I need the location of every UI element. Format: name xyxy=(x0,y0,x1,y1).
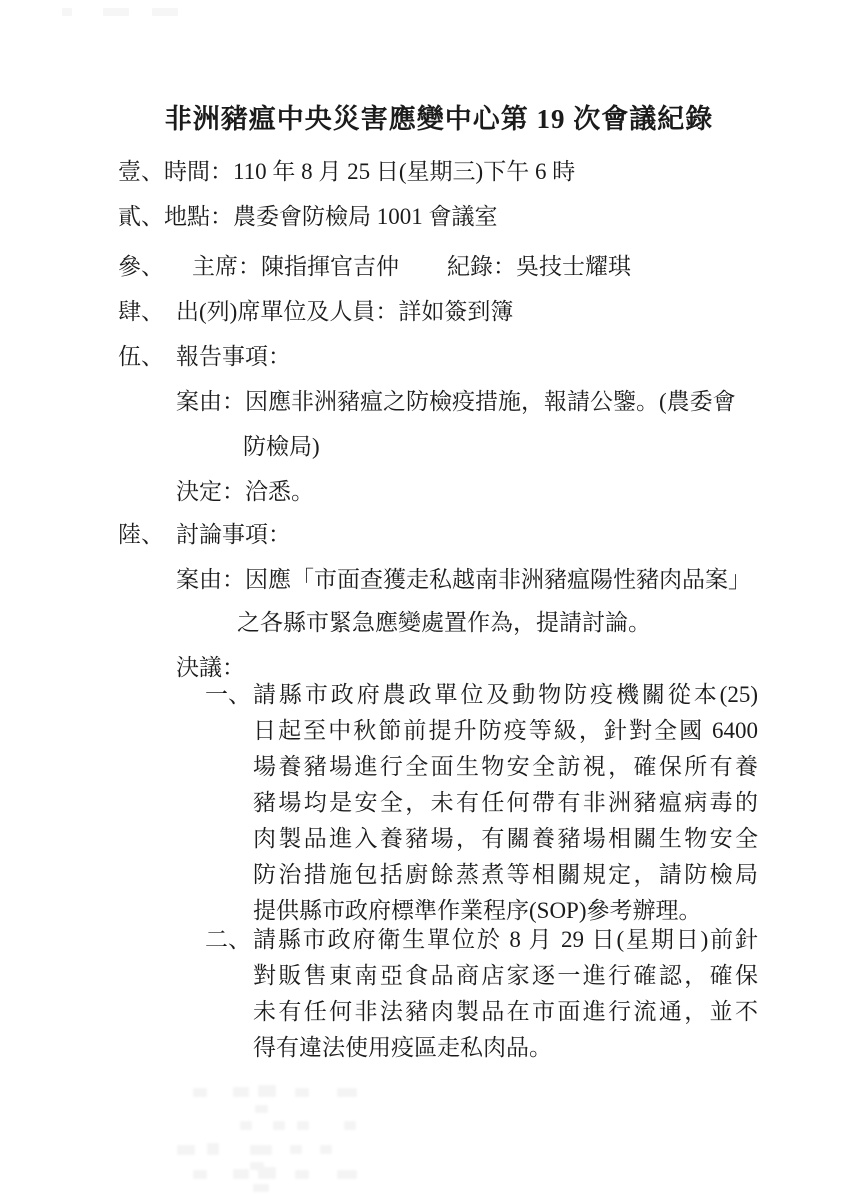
enumerator: 陸、 xyxy=(118,523,164,547)
item-line: 防治措施包括廚餘蒸煮等相關規定，請防檢局 xyxy=(253,857,758,893)
bleed-through-artifact xyxy=(295,1170,309,1179)
bleed-through-artifact xyxy=(250,1145,272,1155)
bleed-through-artifact xyxy=(233,1087,249,1097)
item-line: 對販售東南亞食品商店家逐一進行確認，確保 xyxy=(253,958,758,994)
discussion-case-line2: 之各縣市緊急應變處置作為，提請討論。 xyxy=(237,611,760,635)
bleed-through-artifact xyxy=(320,1145,332,1154)
bleed-through-artifact xyxy=(233,1169,249,1179)
meta-line-time: 壹、 時間：110 年 8 月 25 日(星期三)下午 6 時 xyxy=(118,160,760,184)
meta-place-text: 地點：農委會防檢局 1001 會議室 xyxy=(164,205,498,229)
item-line: 場養豬場進行全面生物安全訪視，確保所有養 xyxy=(253,749,758,785)
resolution-item-1: 一、 請縣市政府農政單位及動物防疫機關從本(25) 日起至中秋節前提升防疫等級，… xyxy=(205,677,760,929)
report-decision: 決定：洽悉。 xyxy=(176,480,760,504)
section-discussion-heading: 陸、 討論事項： xyxy=(118,523,760,547)
report-heading-text: 報告事項： xyxy=(176,345,291,369)
item-line: 日起至中秋節前提升防疫等級，針對全國 6400 xyxy=(253,713,758,749)
meta-line-place: 貳、 地點：農委會防檢局 1001 會議室 xyxy=(118,205,760,229)
item-line: 請縣市政府農政單位及動物防疫機關從本(25) xyxy=(253,677,758,713)
resolution-item-2: 二、 請縣市政府衛生單位於 8 月 29 日(星期日)前針 對販售東南亞食品商店… xyxy=(205,922,760,1066)
document-body: 非洲豬瘟中央災害應變中心第 19 次會議紀錄 壹、 時間：110 年 8 月 2… xyxy=(118,0,760,1066)
section-report-heading: 伍、 報告事項： xyxy=(118,345,760,369)
report-case-line2: 防檢局) xyxy=(243,435,760,459)
item-enumerator: 一、 xyxy=(205,677,253,929)
item-body: 請縣市政府衛生單位於 8 月 29 日(星期日)前針 對販售東南亞食品商店家逐一… xyxy=(253,922,758,1066)
bleed-through-artifact xyxy=(193,1170,207,1179)
bleed-through-artifact xyxy=(290,1145,302,1154)
enumerator: 壹、 xyxy=(118,160,164,184)
item-line: 請縣市政府衛生單位於 8 月 29 日(星期日)前針 xyxy=(253,922,758,958)
bleed-through-artifact xyxy=(240,1121,252,1130)
bleed-through-artifact xyxy=(337,1088,357,1097)
meta-time-text: 時間：110 年 8 月 25 日(星期三)下午 6 時 xyxy=(164,160,575,184)
item-body: 請縣市政府農政單位及動物防疫機關從本(25) 日起至中秋節前提升防疫等級，針對全… xyxy=(253,677,758,929)
bleed-through-artifact xyxy=(344,1121,356,1130)
bleed-through-artifact xyxy=(337,1170,357,1179)
bleed-through-artifact xyxy=(273,1121,285,1130)
item-line: 得有違法使用疫區走私肉品。 xyxy=(253,1030,758,1066)
item-line: 未有任何非法豬肉製品在市面進行流通，並不 xyxy=(253,994,758,1030)
scan-artifact xyxy=(62,8,72,16)
document-title: 非洲豬瘟中央災害應變中心第 19 次會議紀錄 xyxy=(118,103,760,135)
discussion-case-line1: 案由：因應「市面查獲走私越南非洲豬瘟陽性豬肉品案」 xyxy=(176,568,760,592)
meta-line-attendees: 肆、 出(列)席單位及人員：詳如簽到簿 xyxy=(118,300,760,324)
item-line: 豬場均是安全，未有任何帶有非洲豬瘟病毒的 xyxy=(253,785,758,821)
enumerator: 貳、 xyxy=(118,205,164,229)
bleed-through-artifact xyxy=(258,1167,276,1179)
bleed-through-artifact xyxy=(295,1088,309,1097)
scanned-document-page: 非洲豬瘟中央災害應變中心第 19 次會議紀錄 壹、 時間：110 年 8 月 2… xyxy=(0,0,848,1200)
meta-line-chair: 參、 主席：陳指揮官吉仲 紀錄：吳技士耀琪 xyxy=(118,255,760,279)
item-enumerator: 二、 xyxy=(205,922,253,1066)
bleed-through-artifact xyxy=(207,1143,219,1155)
bleed-through-artifact xyxy=(297,1121,309,1130)
report-case-line1: 案由：因應非洲豬瘟之防檢疫措施，報請公鑒。(農委會 xyxy=(176,390,760,414)
enumerator: 肆、 xyxy=(118,300,164,324)
enumerator: 參、 xyxy=(118,255,164,279)
bleed-through-artifact xyxy=(253,1184,269,1192)
bleed-through-artifact xyxy=(177,1145,195,1155)
bleed-through-artifact xyxy=(255,1105,268,1113)
meta-attendees-text: 出(列)席單位及人員：詳如簽到簿 xyxy=(176,300,513,324)
bleed-through-artifact xyxy=(193,1088,207,1097)
bleed-through-artifact xyxy=(258,1085,276,1097)
meta-chair-text: 主席：陳指揮官吉仲 xyxy=(192,255,399,279)
discussion-heading-text: 討論事項： xyxy=(176,523,291,547)
enumerator: 伍、 xyxy=(118,345,164,369)
meta-recorder-text: 紀錄：吳技士耀琪 xyxy=(447,255,631,279)
item-line: 肉製品進入養豬場，有關養豬場相關生物安全 xyxy=(253,821,758,857)
